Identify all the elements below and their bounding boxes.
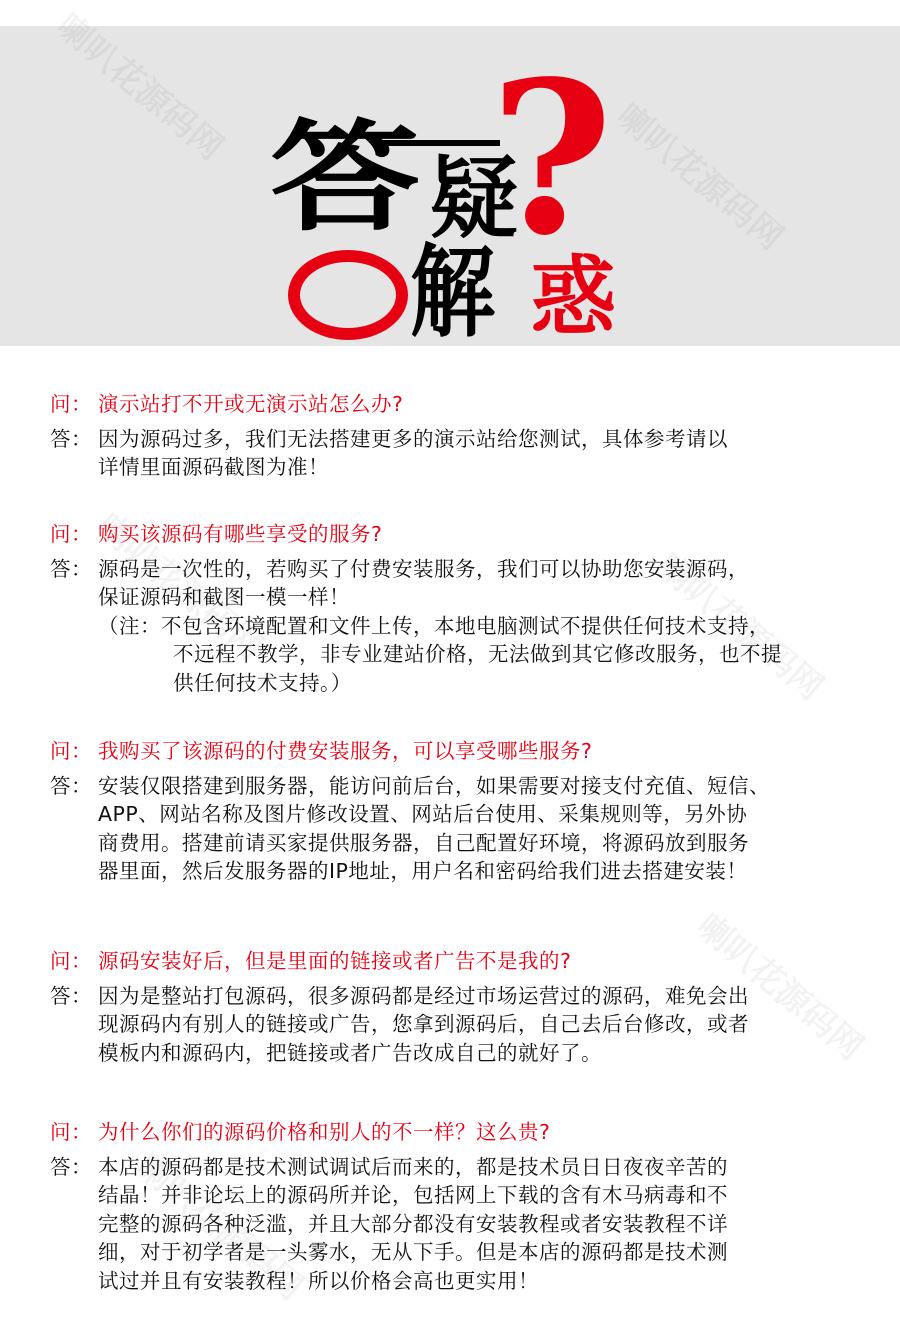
question-prefix: 问： (50, 520, 98, 549)
faq-item: 问：为什么你们的源码价格和别人的不一样？这么贵? 答：本店的源码都是技术测试调试… (50, 1118, 870, 1296)
faq-item: 问：我购买了该源码的付费安装服务，可以享受哪些服务? 答：安装仅限搭建到服务器，… (50, 737, 870, 886)
answer-line: 答：安装仅限搭建到服务器，能访问前后台，如果需要对接支付充值、短信、 (50, 772, 870, 801)
question-text: 购买该源码有哪些享受的服务? (98, 522, 382, 546)
answer-line: 详情里面源码截图为准！ (50, 453, 870, 482)
answer-line: 商费用。搭建前请买家提供服务器，自己配置好环境，将源码放到服务 (50, 829, 870, 858)
answer-line: 器里面，然后发服务器的IP地址，用户名和密码给我们进去搭建安装！ (50, 857, 870, 886)
answer-prefix: 答： (50, 982, 98, 1011)
answer-line: 答：源码是一次性的，若购买了付费安装服务，我们可以协助您安装源码， (50, 555, 870, 584)
question-text: 我购买了该源码的付费安装服务，可以享受哪些服务? (98, 739, 592, 763)
answer-line: 细，对于初学者是一头雾水，无从下手。但是本店的源码都是技术测 (50, 1238, 870, 1267)
faq-answer: 答：因为是整站打包源码，很多源码都是经过市场运营过的源码，难免会出 现源码内有别… (50, 982, 870, 1068)
faq-answer: 答：安装仅限搭建到服务器，能访问前后台，如果需要对接支付充值、短信、 APP、网… (50, 772, 870, 886)
answer-line: 试过并且有安装教程！所以价格会高也更实用！ (50, 1267, 870, 1296)
faq-answer: 答：本店的源码都是技术测试调试后而来的，都是技术员日日夜夜辛苦的 结晶！并非论坛… (50, 1153, 870, 1296)
answer-line: 答：本店的源码都是技术测试调试后而来的，都是技术员日日夜夜辛苦的 (50, 1153, 870, 1182)
faq-item: 问：购买该源码有哪些享受的服务? 答：源码是一次性的，若购买了付费安装服务，我们… (50, 520, 870, 698)
answer-line: 模板内和源码内，把链接或者广告改成自己的就好了。 (50, 1039, 870, 1068)
question-text: 源码安装好后，但是里面的链接或者广告不是我的? (98, 949, 571, 973)
logo-char-jie: 解 (410, 242, 495, 342)
answer-line: 答：因为源码过多，我们无法搭建更多的演示站给您测试，具体参考请以 (50, 425, 870, 454)
question-text: 为什么你们的源码价格和别人的不一样？这么贵? (98, 1120, 550, 1144)
answer-prefix: 答： (50, 425, 98, 454)
question-prefix: 问： (50, 947, 98, 976)
faq-item: 问：源码安装好后，但是里面的链接或者广告不是我的? 答：因为是整站打包源码，很多… (50, 947, 870, 1067)
note-line: （注：不包含环境配置和文件上传，本地电脑测试不提供任何技术支持， (50, 612, 870, 641)
answer-line: APP、网站名称及图片修改设置、网站后台使用、采集规则等，另外协 (50, 800, 870, 829)
answer-prefix: 答： (50, 555, 98, 584)
faq-answer: 答：源码是一次性的，若购买了付费安装服务，我们可以协助您安装源码， 保证源码和截… (50, 555, 870, 698)
question-prefix: 问： (50, 1118, 98, 1147)
answer-line: 完整的源码各种泛滥，并且大部分都没有安装教程或者安装教程不详 (50, 1210, 870, 1239)
faq-question: 问：为什么你们的源码价格和别人的不一样？这么贵? (50, 1118, 870, 1147)
red-circle-icon (288, 250, 408, 340)
faq-question: 问：购买该源码有哪些享受的服务? (50, 520, 870, 549)
answer-line: 答：因为是整站打包源码，很多源码都是经过市场运营过的源码，难免会出 (50, 982, 870, 1011)
answer-prefix: 答： (50, 772, 98, 801)
faq-question: 问：我购买了该源码的付费安装服务，可以享受哪些服务? (50, 737, 870, 766)
answer-prefix: 答： (50, 1153, 98, 1182)
logo-char-huo: 惑 (530, 254, 616, 340)
question-prefix: 问： (50, 390, 98, 419)
answer-line: 保证源码和截图一模一样！ (50, 583, 870, 612)
answer-line: 现源码内有别人的链接或广告，您拿到源码后，自己去后台修改，或者 (50, 1010, 870, 1039)
faq-answer: 答：因为源码过多，我们无法搭建更多的演示站给您测试，具体参考请以 详情里面源码截… (50, 425, 870, 482)
note-line: 不远程不教学，非专业建站价格，无法做到其它修改服务，也不提 (50, 640, 870, 669)
logo-char-da: 答 (270, 118, 420, 238)
faq-item: 问：演示站打不开或无演示站怎么办? 答：因为源码过多，我们无法搭建更多的演示站给… (50, 390, 870, 482)
logo-char-yi: 疑 (430, 154, 518, 242)
faq-question: 问：演示站打不开或无演示站怎么办? (50, 390, 870, 419)
faq-banner: ? 答 疑 解 惑 (0, 26, 900, 346)
answer-line: 结晶！并非论坛上的源码所并论，包括网上下载的含有木马病毒和不 (50, 1181, 870, 1210)
note-line: 供任何技术支持。） (50, 669, 870, 698)
question-text: 演示站打不开或无演示站怎么办? (98, 392, 403, 416)
faq-logo: ? 答 疑 解 惑 (262, 84, 642, 354)
faq-question: 问：源码安装好后，但是里面的链接或者广告不是我的? (50, 947, 870, 976)
question-prefix: 问： (50, 737, 98, 766)
